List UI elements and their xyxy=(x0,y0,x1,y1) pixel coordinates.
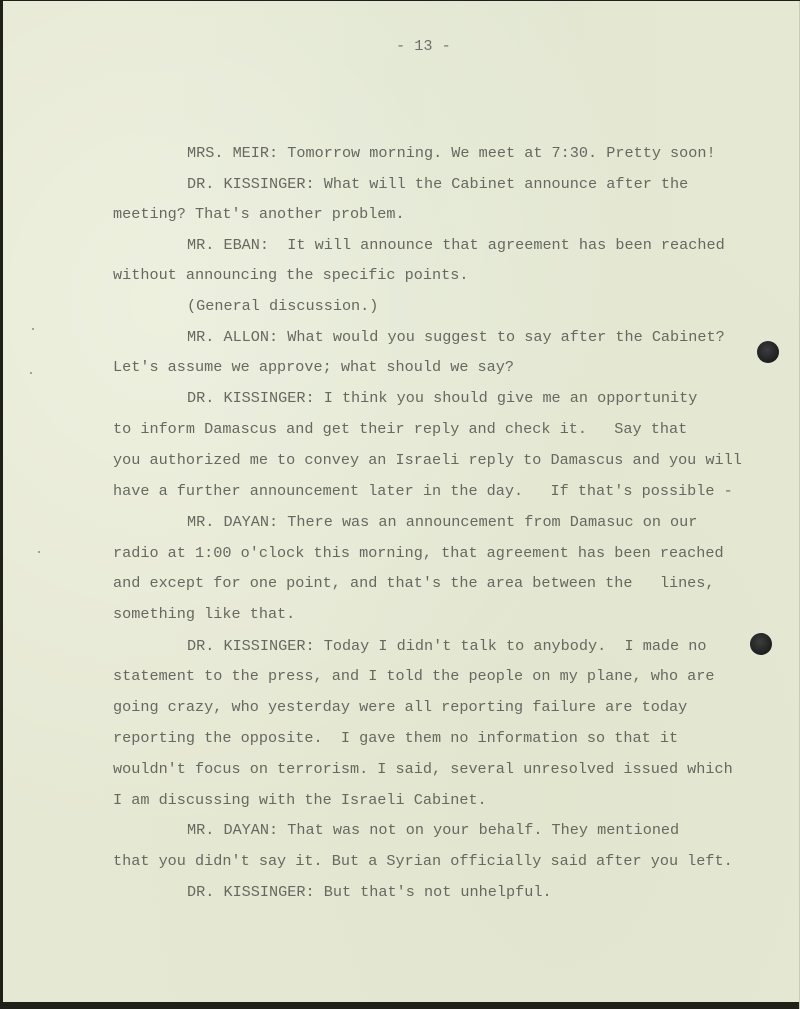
transcript-line: you authorized me to convey an Israeli r… xyxy=(113,451,742,469)
transcript-line: statement to the press, and I told the p… xyxy=(113,667,715,685)
transcript-line: DR. KISSINGER: Today I didn't talk to an… xyxy=(187,637,707,655)
paper-speck xyxy=(38,551,40,553)
transcript-line: MR. ALLON: What would you suggest to say… xyxy=(187,328,725,346)
transcript-line: wouldn't focus on terrorism. I said, sev… xyxy=(113,760,733,778)
transcript-line: to inform Damascus and get their reply a… xyxy=(113,420,687,438)
transcript-line: I am discussing with the Israeli Cabinet… xyxy=(113,791,487,809)
transcript-line: going crazy, who yesterday were all repo… xyxy=(113,698,687,716)
transcript-line: DR. KISSINGER: I think you should give m… xyxy=(187,389,697,407)
transcript-line: reporting the opposite. I gave them no i… xyxy=(113,729,678,747)
transcript-line: MR. DAYAN: There was an announcement fro… xyxy=(187,513,697,531)
transcript-line: Let's assume we approve; what should we … xyxy=(113,358,514,376)
transcript-line: radio at 1:00 o'clock this morning, that… xyxy=(113,544,724,562)
transcript-line: MR. EBAN: It will announce that agreemen… xyxy=(187,236,725,254)
punch-hole-upper xyxy=(757,341,779,363)
transcript-line: DR. KISSINGER: What will the Cabinet ann… xyxy=(187,175,688,193)
transcript-line: something like that. xyxy=(113,605,295,623)
transcript-line: without announcing the specific points. xyxy=(113,266,468,284)
transcript-line: MRS. MEIR: Tomorrow morning. We meet at … xyxy=(187,144,716,162)
punch-hole-lower xyxy=(750,633,772,655)
document-page: - 13 - MRS. MEIR: Tomorrow morning. We m… xyxy=(3,1,800,1002)
transcript-line: meeting? That's another problem. xyxy=(113,205,405,223)
transcript-line: and except for one point, and that's the… xyxy=(113,574,715,592)
page-number: - 13 - xyxy=(396,37,451,55)
transcript-line: that you didn't say it. But a Syrian off… xyxy=(113,852,733,870)
transcript-line: (General discussion.) xyxy=(187,297,378,315)
transcript-line: have a further announcement later in the… xyxy=(113,482,733,500)
paper-speck xyxy=(32,328,34,330)
transcript-line: MR. DAYAN: That was not on your behalf. … xyxy=(187,821,679,839)
paper-speck xyxy=(30,372,32,374)
transcript-line: DR. KISSINGER: But that's not unhelpful. xyxy=(187,883,552,901)
